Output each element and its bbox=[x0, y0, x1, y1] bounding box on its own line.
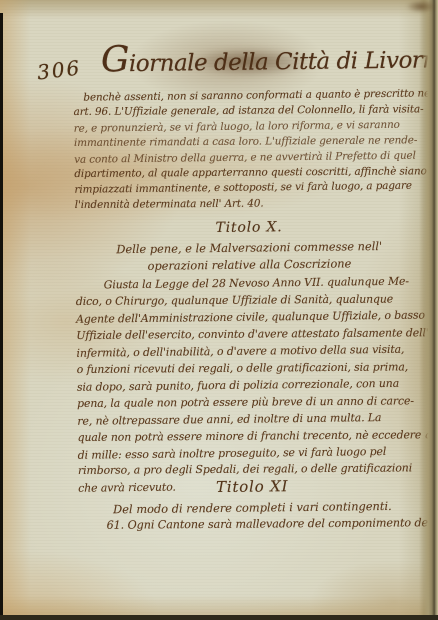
section-subtitle: operazioni relative alla Coscrizione bbox=[75, 255, 423, 273]
paragraph-line: immantinente rimandati a casa loro. L'uf… bbox=[74, 134, 422, 149]
paragraph-line: benchè assenti, non si saranno conformat… bbox=[73, 88, 421, 104]
paragraph-line: rimpiazzati immantinente, e sottoposti, … bbox=[74, 180, 422, 196]
paragraph-2: Giusta la Legge del 28 Nevoso Anno VII. … bbox=[0, 0, 434, 3]
paragraph-line: re, nè oltrepassare due anni, ed inoltre… bbox=[77, 410, 425, 427]
manuscript-page: 306 Giornale della Città di Livorno benc… bbox=[0, 0, 438, 620]
paragraph-line: dipartimento, al quale apparterranno que… bbox=[74, 165, 422, 180]
paragraph-line: l'indennità determinata nell' Art. 40. bbox=[75, 196, 423, 211]
paragraph-line: re, e pronunzierà, se vi farà luogo, la … bbox=[74, 119, 422, 135]
book-page-edges bbox=[419, 0, 438, 620]
paragraph-line: sia dopo, sarà punito, fuora di polizia … bbox=[77, 376, 425, 393]
paragraph-line: infermità, o dell'inabilità, o d'avere a… bbox=[76, 342, 424, 359]
paragraph-line: quale non potrà essere minore di franchi… bbox=[77, 428, 425, 444]
paragraph-line: Giusta la Legge del 28 Nevoso Anno VII. … bbox=[76, 274, 424, 291]
section-heading-titolo-x: Titolo X. bbox=[75, 218, 423, 238]
paragraph-line: Agente dell'Amministrazione civile, qual… bbox=[76, 308, 424, 325]
page-number: 306 bbox=[36, 55, 83, 84]
section-subtitle: Del modo di rendere completi i vari cont… bbox=[78, 498, 426, 516]
corner-stain bbox=[406, 0, 436, 13]
paragraph-line: Uffiziale dell'esercito, convinto d'aver… bbox=[76, 326, 424, 342]
photo-bottom-edge bbox=[0, 615, 438, 620]
paragraph-line: dico, o Chirurgo, qualunque Uffiziale di… bbox=[76, 292, 424, 308]
photo-left-edge bbox=[0, 13, 3, 620]
ink-smudge bbox=[188, 47, 314, 77]
section-heading-titolo-xi: Titolo XI bbox=[78, 475, 426, 497]
paragraph-line: o funzioni ricevuti dei regali, o delle … bbox=[77, 360, 425, 376]
paragraph-line: pena, la quale non potrà essere più brev… bbox=[77, 394, 425, 410]
paragraph-1: benchè assenti, non si saranno conformat… bbox=[0, 0, 434, 3]
section-subtitle: Delle pene, e le Malversazioni commesse … bbox=[75, 239, 423, 257]
paragraph-line: va conto al Ministro della guerra, e ne … bbox=[74, 150, 422, 166]
paragraph-line: art. 96. L'Uffiziale generale, ad istanz… bbox=[74, 103, 422, 118]
paragraph-line: rimborso, a pro degli Spedali, dei regal… bbox=[78, 461, 426, 477]
paragraph-line: di mille: esso sarà inoltre proseguito, … bbox=[78, 444, 426, 461]
article-61-line: 61. Ogni Cantone sarà mallevadore del co… bbox=[79, 516, 427, 532]
handwritten-text-layer: 306 Giornale della Città di Livorno benc… bbox=[0, 0, 438, 620]
